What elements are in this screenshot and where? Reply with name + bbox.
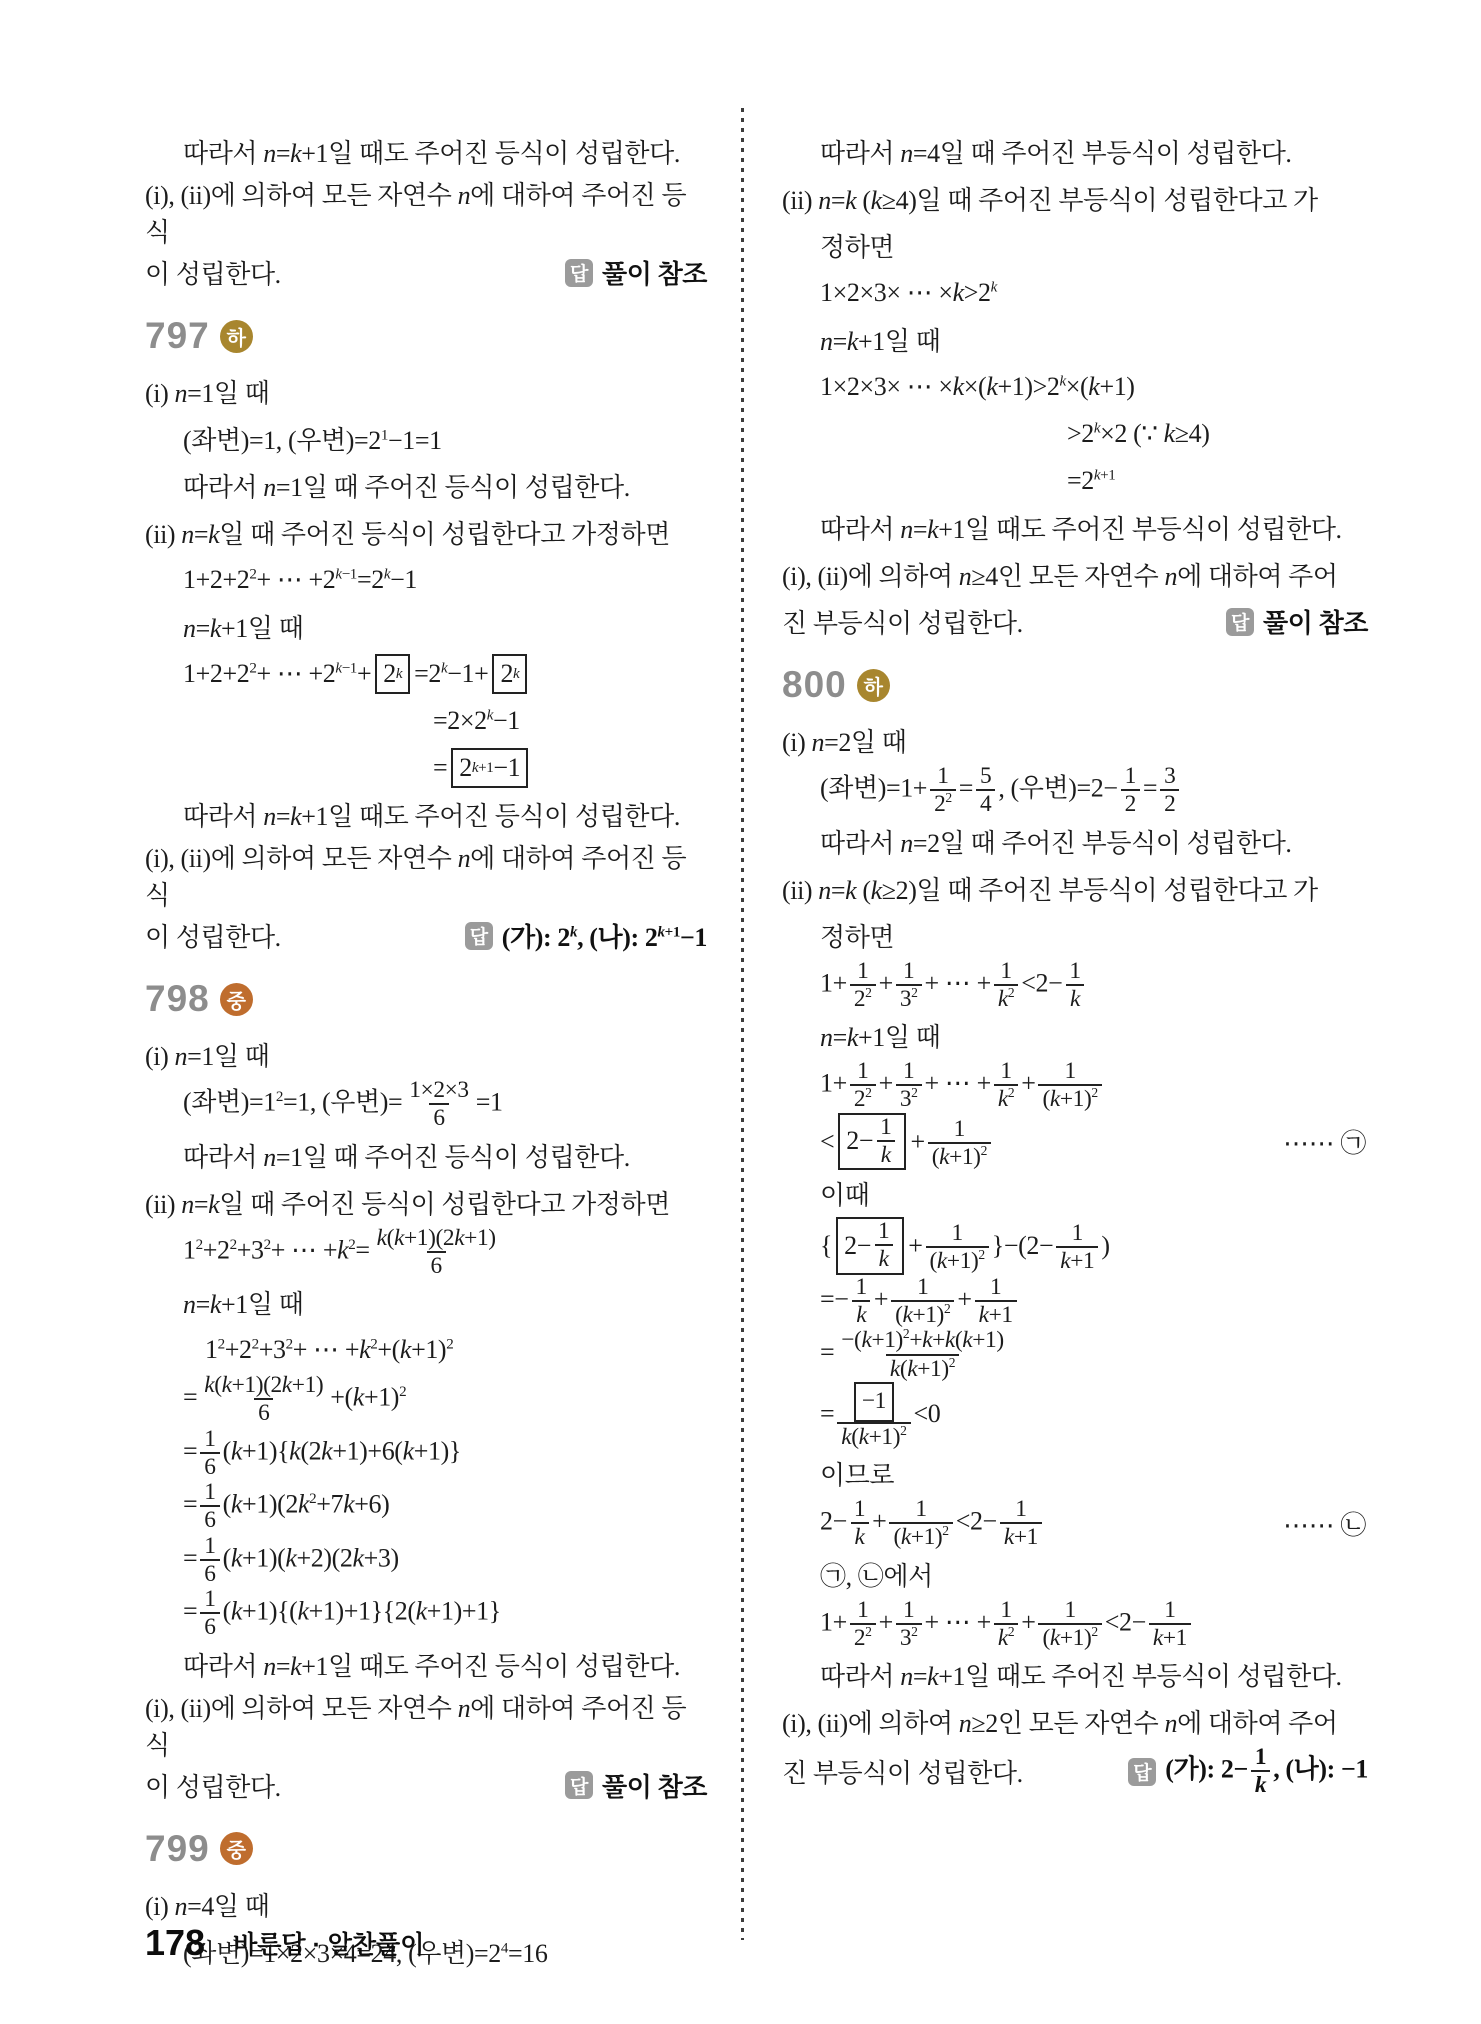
fraction: 32 [1160, 764, 1179, 818]
solution-line: =k(k+1)(2k+1)6+(k+1)2 [145, 1373, 707, 1427]
solution-line: (i), (ii)에 의하여 모든 자연수 n에 대하여 주어진 등식 [145, 1688, 707, 1762]
fraction: 1k+1 [1149, 1598, 1191, 1652]
fraction-denominator: (k+1)2 [891, 1300, 954, 1328]
solution-line: (ii) n=k (k≥2)일 때 주어진 부등식이 성립한다고 가 [782, 865, 1368, 912]
fraction-denominator: k [852, 1300, 870, 1328]
fraction: 1(k+1)2 [1038, 1059, 1101, 1113]
fraction-denominator: (k+1)2 [889, 1522, 952, 1550]
solution-line: 따라서 n=2일 때 주어진 부등식이 성립한다. [782, 818, 1368, 865]
math-expression: =16(k+1){k(2k+1)+6(k+1)} [183, 1427, 461, 1481]
fraction: 1k+1 [1000, 1497, 1042, 1551]
fraction: 122 [850, 1598, 876, 1652]
math-variable: k [1153, 1625, 1163, 1651]
fraction: 1(k+1)2 [1038, 1598, 1101, 1652]
superscript: k [1094, 420, 1100, 436]
math-expression: (i) n=2일 때 [782, 722, 906, 759]
fraction-denominator: k2 [994, 1623, 1018, 1651]
fraction: 1k2 [994, 1598, 1018, 1652]
answer-badge: 답 [565, 259, 593, 287]
answer-text: (가): 2k, (나): 2k+1−1 [502, 917, 707, 954]
fraction-numerator: 3 [1160, 764, 1179, 789]
math-expression: (i), (ii)에 의하여 n≥4인 모든 자연수 n에 대하여 주어 [782, 556, 1338, 593]
math-variable: k [298, 1490, 309, 1519]
math-variable: k [845, 876, 856, 905]
solution-line: 정하면 [782, 222, 1368, 269]
fraction-numerator: −(k+1)2+k+k(k+1) [837, 1328, 1007, 1353]
math-expression: {2−1k+1(k+1)2}−(2−1k+1) [820, 1217, 1110, 1275]
solution-line: n=k+1일 때 [145, 603, 707, 650]
math-variable: n [183, 614, 196, 643]
math-expression: <2−1k+1(k+1)2 [820, 1113, 994, 1171]
math-expression: (좌변)=1+122=54, (우변)=2−12=32 [820, 764, 1182, 818]
fraction: 1(k+1)2 [926, 1221, 989, 1275]
math-variable: k [861, 1327, 871, 1353]
answer-line: 이 성립한다.답풀이 참조 [145, 1762, 707, 1809]
fraction: 1×2×36 [405, 1078, 472, 1132]
math-expression: 이므로 [820, 1455, 894, 1492]
math-variable: k [902, 1302, 912, 1328]
fraction-denominator: (k+1)2 [926, 1246, 989, 1274]
math-variable: k [939, 1144, 949, 1170]
fraction-numerator: 1 [876, 1115, 895, 1140]
math-variable: k [847, 1023, 858, 1052]
boxed-term: 2−1k [838, 1113, 906, 1171]
math-variable: k [1164, 419, 1175, 448]
superscript: 2 [230, 1237, 237, 1253]
math-expression: 이 성립한다. [145, 1767, 281, 1804]
math-variable: k [927, 515, 938, 544]
solution-line: <2−1k+1(k+1)2⋯⋯ ㉠ [782, 1113, 1368, 1171]
math-expression: (i), (ii)에 의하여 모든 자연수 n에 대하여 주어진 등식 [145, 838, 707, 912]
solution-line: (i) n=1일 때 [145, 1031, 707, 1078]
math-expression: 12+22+32+ ⋯ +k2+(k+1)2 [205, 1335, 453, 1365]
superscript: 2 [276, 1089, 283, 1105]
fraction-numerator: 1 [200, 1587, 219, 1612]
fraction: k(k+1)(2k+1)6 [200, 1373, 327, 1427]
solution-line: 따라서 n=k+1일 때도 주어진 등식이 성립한다. [145, 791, 707, 838]
math-variable: k [937, 1248, 947, 1274]
math-variable: k [335, 566, 341, 582]
math-variable: k [907, 1356, 917, 1382]
superscript: 2 [865, 1624, 871, 1639]
answer-badge: 답 [565, 1771, 593, 1799]
fraction-denominator: k+1 [975, 1300, 1017, 1328]
fraction-denominator: 4 [976, 789, 995, 817]
solution-line: (ii) n=k일 때 주어진 등식이 성립한다고 가정하면 [145, 509, 707, 556]
math-expression: 따라서 n=k+1일 때도 주어진 등식이 성립한다. [183, 796, 680, 833]
math-variable: n [458, 844, 471, 873]
math-variable: k [384, 566, 390, 582]
fraction-denominator: k [1066, 984, 1084, 1012]
solution-line: (i) n=4일 때 [145, 1881, 707, 1928]
fraction-denominator: k+1 [1149, 1623, 1191, 1651]
fraction-denominator: k+1 [1056, 1246, 1098, 1274]
answer-badge: 답 [1128, 1758, 1156, 1786]
math-variable: k [979, 1302, 989, 1328]
fraction: 132 [896, 1059, 922, 1113]
solution-line: 1+122+132+ ⋯ +1k2+1(k+1)2 [782, 1059, 1368, 1113]
math-variable: n [181, 1190, 194, 1219]
solution-line: 따라서 n=k+1일 때도 주어진 등식이 성립한다. [145, 1641, 707, 1688]
fraction-denominator: k [875, 1244, 893, 1272]
math-expression: =k(k+1)(2k+1)6+(k+1)2 [183, 1373, 406, 1427]
solution-line: =2k+1−1 [145, 744, 707, 791]
math-variable: k [953, 278, 964, 307]
solution-line: =16(k+1){k(2k+1)+6(k+1)} [145, 1427, 707, 1481]
fraction-numerator: 1 [996, 1598, 1015, 1623]
fraction-numerator: 1 [899, 1059, 918, 1084]
math-variable: k [998, 1086, 1008, 1112]
superscript: k+1 [1094, 467, 1116, 483]
math-variable: k [1088, 372, 1099, 401]
math-expression: (ii) n=k (k≥4)일 때 주어진 부등식이 성립한다고 가 [782, 180, 1318, 217]
fraction: 16 [200, 1587, 219, 1641]
solution-line: (좌변)=1+122=54, (우변)=2−12=32 [782, 764, 1368, 818]
math-variable: k [1050, 1086, 1060, 1112]
math-variable: k [658, 924, 665, 940]
math-expression: =16(k+1)(k+2)(2k+3) [183, 1534, 399, 1588]
superscript: 2 [399, 1384, 406, 1400]
math-expression: 진 부등식이 성립한다. [782, 603, 1023, 640]
math-expression: (ii) n=k일 때 주어진 등식이 성립한다고 가정하면 [145, 1184, 670, 1221]
fraction-denominator: 6 [200, 1452, 219, 1480]
fraction-numerator: 1 [1160, 1598, 1179, 1623]
fraction-denominator: k [1251, 1770, 1270, 1798]
fraction-denominator: 6 [200, 1505, 219, 1533]
math-variable: k [472, 760, 478, 776]
fraction-denominator: 32 [896, 1623, 922, 1651]
math-expression: =−1k+1(k+1)2+1k+1 [820, 1275, 1020, 1329]
math-expression: (좌변)=12=1, (우변)=1×2×36=1 [183, 1078, 503, 1132]
boxed-term: 2k [375, 654, 410, 694]
math-variable: k [1050, 1625, 1060, 1651]
answer-wrap: 답풀이 참조 [1226, 603, 1368, 640]
math-expression: 따라서 n=1일 때 주어진 등식이 성립한다. [183, 1137, 630, 1174]
math-variable: n [1164, 1709, 1177, 1738]
fraction-numerator: 1 [911, 1497, 930, 1522]
math-expression: 1+122+132+ ⋯ +1k2+1(k+1)2<2−1k+1 [820, 1598, 1194, 1652]
fraction-denominator: 22 [850, 1623, 876, 1651]
math-expression: (i), (ii)에 의하여 n≥2인 모든 자연수 n에 대하여 주어 [782, 1703, 1338, 1740]
superscript: 2 [942, 1524, 948, 1539]
answer-text: 풀이 참조 [1263, 603, 1368, 640]
math-variable: k [416, 1597, 427, 1626]
solution-line: (i), (ii)에 의하여 n≥4인 모든 자연수 n에 대하여 주어 [782, 551, 1368, 598]
math-expression: 1×2×3× ⋯ ×k>2k [820, 278, 997, 308]
math-variable: n [174, 379, 187, 408]
solution-line: 1+2+22+ ⋯ +2k−1+2k=2k−1+2k [145, 650, 707, 697]
fraction-numerator: 5 [976, 764, 995, 789]
solution-line: 이므로 [782, 1450, 1368, 1497]
fraction-denominator: 6 [429, 1103, 448, 1131]
math-variable: k [927, 1662, 938, 1691]
fraction-numerator: −1 [846, 1382, 902, 1422]
fraction-denominator: 2 [1121, 789, 1140, 817]
solution-line: (i) n=1일 때 [145, 368, 707, 415]
math-variable: k [352, 1543, 363, 1572]
solution-line: 따라서 n=4일 때 주어진 부등식이 성립한다. [782, 128, 1368, 175]
solution-line: 따라서 n=1일 때 주어진 등식이 성립한다. [145, 462, 707, 509]
math-expression: (ii) n=k일 때 주어진 등식이 성립한다고 가정하면 [145, 514, 670, 551]
fraction-denominator: 6 [254, 1398, 273, 1426]
superscript: 2 [865, 985, 871, 1000]
math-expression: (ii) n=k (k≥2)일 때 주어진 부등식이 성립한다고 가 [782, 870, 1318, 907]
superscript: 2 [370, 1336, 377, 1352]
fraction: 1k+1 [1056, 1221, 1098, 1275]
math-variable: k [901, 1524, 911, 1550]
superscript: k [570, 924, 577, 940]
math-expression: =16(k+1){(k+1)+1}{2(k+1)+1} [183, 1587, 501, 1641]
math-expression: =16(k+1)(2k2+7k+6) [183, 1480, 389, 1534]
solution-line: n=k+1일 때 [782, 316, 1368, 363]
math-variable: k [890, 1356, 900, 1382]
superscript: k+1 [658, 924, 680, 940]
math-expression: n=k+1일 때 [820, 1017, 940, 1054]
fraction-denominator: k(k+1)2 [837, 1422, 910, 1450]
fraction: 1k [1065, 959, 1084, 1013]
superscript: 2 [446, 1336, 453, 1352]
fraction-denominator: 32 [896, 1084, 922, 1112]
solution-line: (좌변)=12=1, (우변)=1×2×36=1 [145, 1078, 707, 1132]
math-expression: n=k+1일 때 [820, 321, 940, 358]
superscript: 2 [309, 1491, 316, 1507]
superscript: 2 [286, 1336, 293, 1352]
fraction-denominator: (k+1)2 [1038, 1623, 1101, 1651]
math-expression: 1+2+22+ ⋯ +2k−1+2k=2k−1+2k [183, 654, 531, 694]
math-variable: n [959, 1709, 972, 1738]
math-variable: k [231, 1436, 242, 1465]
math-expression: (i), (ii)에 의하여 모든 자연수 n에 대하여 주어진 등식 [145, 175, 707, 249]
boxed-term: 2k [492, 654, 527, 694]
solution-line: 12+22+32+ ⋯ +k2=k(k+1)(2k+1)6 [145, 1226, 707, 1280]
math-variable: k [953, 372, 964, 401]
math-expression: 1×2×3× ⋯ ×k×(k+1)>2k×(k+1) [820, 372, 1135, 402]
superscript: 2 [249, 660, 256, 676]
math-variable: k [1059, 373, 1065, 389]
math-variable: k [881, 1142, 891, 1168]
math-expression: (i), (ii)에 의하여 모든 자연수 n에 대하여 주어진 등식 [145, 1688, 707, 1762]
solution-line: 1+2+22+ ⋯ +2k−1=2k−1 [145, 556, 707, 603]
math-variable: k [403, 1436, 414, 1465]
math-variable: k [285, 1543, 296, 1572]
fraction-numerator: 1 [1068, 1221, 1087, 1246]
solution-line: =16(k+1)(2k2+7k+6) [145, 1480, 707, 1534]
fraction-denominator: 32 [896, 984, 922, 1012]
math-variable: k [208, 520, 219, 549]
math-variable: k [945, 1327, 955, 1353]
problem-number: 799 [145, 1828, 210, 1870]
math-variable: k [210, 614, 221, 643]
math-variable: k [204, 1372, 214, 1398]
math-expression: 이때 [820, 1175, 869, 1212]
math-expression: 1+2+22+ ⋯ +2k−1=2k−1 [183, 565, 417, 595]
fraction-numerator: 1×2×3 [405, 1078, 472, 1103]
difficulty-badge: 중 [220, 983, 253, 1016]
math-variable: k [859, 1424, 869, 1450]
right-column: 따라서 n=4일 때 주어진 부등식이 성립한다.(ii) n=k (k≥4)일… [782, 128, 1368, 1799]
math-variable: k [335, 660, 341, 676]
fraction-denominator: 22 [850, 984, 876, 1012]
solution-line: (i) n=2일 때 [782, 717, 1368, 764]
math-expression: 1+122+132+ ⋯ +1k2<2−1k [820, 959, 1088, 1013]
fraction-denominator: 2 [1160, 789, 1179, 817]
math-expression: 1+122+132+ ⋯ +1k2+1(k+1)2 [820, 1059, 1105, 1113]
math-expression: 따라서 n=k+1일 때도 주어진 부등식이 성립한다. [820, 509, 1342, 546]
solution-line: (i), (ii)에 의하여 n≥2인 모든 자연수 n에 대하여 주어 [782, 1698, 1368, 1745]
math-variable: n [174, 1892, 187, 1921]
math-variable: n [811, 728, 824, 757]
fraction-numerator: 1 [853, 1059, 872, 1084]
solution-line: (i), (ii)에 의하여 모든 자연수 n에 대하여 주어진 등식 [145, 838, 707, 912]
math-variable: k [290, 139, 301, 168]
fraction-denominator: 6 [200, 1559, 219, 1587]
math-variable: n [1164, 562, 1177, 591]
superscript: k [991, 279, 997, 295]
math-variable: k [222, 1372, 232, 1398]
difficulty-badge: 중 [220, 1832, 253, 1865]
answer-line: 이 성립한다.답(가): 2k, (나): 2k+1−1 [145, 912, 707, 959]
fraction-numerator: 1 [200, 1427, 219, 1452]
fraction: 1(k+1)2 [891, 1275, 954, 1329]
fraction-numerator: 1 [899, 959, 918, 984]
superscript: 2 [911, 985, 917, 1000]
solution-line: (i), (ii)에 의하여 모든 자연수 n에 대하여 주어진 등식 [145, 175, 707, 249]
math-expression: (i) n=1일 때 [145, 373, 269, 410]
solution-line: =−1k+1(k+1)2+1k+1 [782, 1275, 1368, 1329]
fraction: 12 [1121, 764, 1140, 818]
solution-line: 2−1k+1(k+1)2<2−1k+1⋯⋯ ㉡ [782, 1497, 1368, 1551]
answer-wrap: 답(가): 2−1k, (나): −1 [1128, 1745, 1368, 1799]
superscript: 2 [264, 1237, 271, 1253]
math-variable: k [845, 186, 856, 215]
fraction: 16 [200, 1480, 219, 1534]
math-expression: =2k+1−1 [433, 748, 532, 788]
fraction: 122 [930, 764, 956, 818]
fraction: 1k+1 [975, 1275, 1017, 1329]
math-variable: k [879, 1246, 889, 1272]
superscript: k [441, 660, 447, 676]
math-variable: k [855, 1524, 865, 1550]
solution-line: 따라서 n=k+1일 때도 주어진 부등식이 성립한다. [782, 1651, 1368, 1698]
math-variable: k [991, 279, 997, 295]
math-expression: 따라서 n=k+1일 때도 주어진 등식이 성립한다. [183, 133, 680, 170]
superscript: 2 [1008, 985, 1014, 1000]
fraction-numerator: 1 [1065, 959, 1084, 984]
math-variable: n [820, 1023, 833, 1052]
math-expression: =2×2k−1 [433, 706, 520, 736]
problem-number: 797 [145, 315, 210, 357]
math-variable: k [962, 1327, 972, 1353]
answer-line: 진 부등식이 성립한다.답풀이 참조 [782, 598, 1368, 645]
math-variable: n [174, 1042, 187, 1071]
fraction-numerator: 1 [852, 1275, 871, 1300]
answer-text: (가): 2−1k, (나): −1 [1165, 1745, 1368, 1799]
answer-text: 풀이 참조 [602, 254, 707, 291]
answer-line: 이 성립한다.답풀이 참조 [145, 249, 707, 296]
superscript: 2 [944, 1301, 950, 1316]
superscript: k [1059, 373, 1065, 389]
solution-line: =−(k+1)2+k+k(k+1)k(k+1)2 [782, 1328, 1368, 1382]
math-variable: k [1094, 467, 1100, 483]
superscript: k−1 [335, 660, 357, 676]
superscript: 2 [978, 1248, 984, 1263]
math-expression: 따라서 n=k+1일 때도 주어진 등식이 성립한다. [183, 1646, 680, 1683]
problem-number: 798 [145, 978, 210, 1020]
math-variable: k [1094, 420, 1100, 436]
math-expression: 진 부등식이 성립한다. [782, 1753, 1023, 1790]
solution-line: 따라서 n=1일 때 주어진 등식이 성립한다. [145, 1132, 707, 1179]
fraction-numerator: 1 [853, 1598, 872, 1623]
superscript: 2 [252, 1336, 259, 1352]
math-variable: n [900, 139, 913, 168]
math-variable: k [570, 924, 577, 940]
math-variable: k [487, 707, 493, 723]
superscript: 2 [903, 1326, 909, 1341]
fraction: 1k [852, 1275, 871, 1329]
fraction-denominator: k [877, 1140, 895, 1168]
solution-line: =2×2k−1 [145, 697, 707, 744]
math-variable: k [441, 660, 447, 676]
reference-marker: ⋯⋯ ㉠ [1283, 1123, 1368, 1160]
math-variable: k [998, 986, 1008, 1012]
fraction-numerator: 1 [913, 1275, 932, 1300]
problem-heading: 800하 [782, 663, 1368, 707]
math-expression: 12+22+32+ ⋯ +k2=k(k+1)(2k+1)6 [183, 1226, 503, 1280]
fraction: k(k+1)(2k+1)6 [373, 1226, 500, 1280]
fraction-numerator: k(k+1)(2k+1) [200, 1373, 327, 1398]
math-variable: n [263, 802, 276, 831]
math-variable: k [359, 1335, 370, 1364]
math-expression: 2−1k+1(k+1)2<2−1k+1 [820, 1497, 1045, 1551]
fraction-numerator: 1 [1060, 1059, 1079, 1084]
fraction-numerator: 1 [1251, 1745, 1270, 1770]
answer-badge: 답 [1226, 608, 1254, 636]
left-column: 따라서 n=k+1일 때도 주어진 등식이 성립한다.(i), (ii)에 의하… [145, 128, 707, 1975]
fraction: 1k2 [994, 959, 1018, 1013]
fraction-denominator: k [851, 1522, 869, 1550]
solution-line: >2k×2 (∵ k≥4) [782, 410, 1368, 457]
math-variable: n [458, 181, 471, 210]
fraction: 1(k+1)2 [928, 1117, 991, 1171]
superscript: 2 [348, 1237, 355, 1253]
superscript: 2 [1008, 1624, 1014, 1639]
math-variable: k [1070, 986, 1080, 1012]
reference-marker: ⋯⋯ ㉡ [1283, 1505, 1368, 1542]
math-variable: k [353, 1383, 364, 1412]
math-variable: k [337, 1235, 348, 1264]
superscript: 4 [501, 1940, 508, 1956]
math-variable: k [297, 1597, 308, 1626]
fraction-numerator: 1 [899, 1598, 918, 1623]
math-variable: k [377, 1225, 387, 1251]
math-expression: 이 성립한다. [145, 917, 281, 954]
superscript: 2 [1008, 1086, 1014, 1101]
solution-line: (좌변)=1, (우변)=21−1=1 [145, 415, 707, 462]
math-variable: k [1060, 1248, 1070, 1274]
solution-line: 1×2×3× ⋯ ×k>2k [782, 269, 1368, 316]
math-variable: k [394, 1225, 404, 1251]
fraction-denominator: k2 [994, 984, 1018, 1012]
fraction-denominator: 6 [200, 1612, 219, 1640]
fraction: 122 [850, 959, 876, 1013]
answer-wrap: 답풀이 참조 [565, 254, 707, 291]
solution-line: 12+22+32+ ⋯ +k2+(k+1)2 [145, 1326, 707, 1373]
difficulty-badge: 하 [857, 669, 890, 702]
math-variable: k [208, 1190, 219, 1219]
superscript: 2 [865, 1086, 871, 1101]
superscript: 2 [949, 1355, 955, 1370]
math-expression: >2k×2 (∵ k≥4) [1067, 419, 1210, 449]
